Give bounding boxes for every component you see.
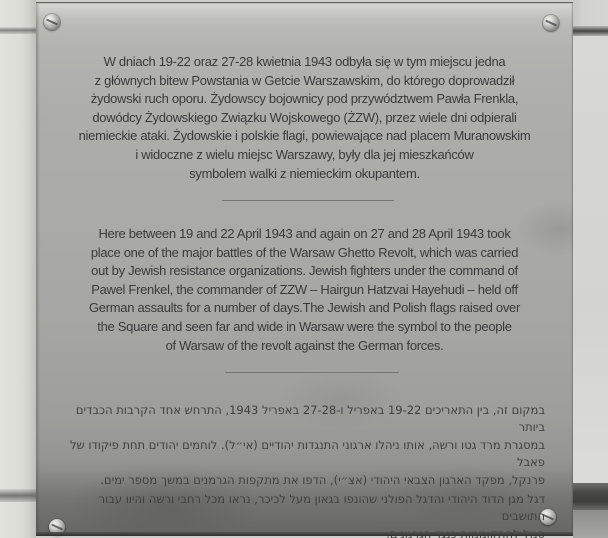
- english-line-5: German assaults for a number of days.The…: [66, 299, 543, 318]
- polish-line-5: niemieckie ataki. Żydowskie i polskie fl…: [66, 127, 543, 146]
- wall-mortar-groove-bottom-left: [0, 489, 36, 502]
- polish-line-6: i widoczne z wielu miejsc Warszawy, były…: [66, 146, 543, 165]
- screw-top-left: [44, 14, 60, 30]
- wall-stone-face-right: [573, 36, 608, 483]
- polish-line-3: żydowski ruch oporu. Żydowscy bojownicy …: [66, 90, 543, 109]
- polish-line-1: W dniach 19-22 oraz 27-28 kwietnia 1943 …: [66, 53, 543, 72]
- english-line-7: of Warsaw of the revolt against the Germ…: [66, 337, 543, 356]
- english-line-2: place one of the major battles of the Wa…: [66, 244, 543, 263]
- hebrew-line-5: סמל להתקוממות כנגד הגרמנים.: [70, 526, 545, 538]
- hebrew-paragraph-2: דגל מגן הדוד היהודי והדגל הפולני שהונפו …: [70, 491, 545, 538]
- hebrew-paragraph-1: במקום זה, בין התאריכים 19-22 באפריל ו-27…: [70, 402, 545, 489]
- section-divider-upper: [222, 200, 394, 201]
- wall-right: [573, 0, 608, 538]
- hebrew-line-1: במקום זה, בין התאריכים 19-22 באפריל ו-27…: [70, 402, 545, 437]
- photo-of-memorial-plaque: W dniach 19-22 oraz 27-28 kwietnia 1943 …: [0, 0, 608, 538]
- hebrew-line-2: במסגרת מרד גטו ורשה, אותו ניהלו ארגוני ה…: [70, 437, 545, 472]
- english-line-6: the Square and seen far and wide in Wars…: [66, 318, 543, 337]
- polish-line-7: symbolem walki z niemieckim okupantem.: [66, 165, 543, 184]
- memorial-plaque: W dniach 19-22 oraz 27-28 kwietnia 1943 …: [36, 2, 573, 536]
- wall-stone-below-band-right: [573, 510, 608, 538]
- hebrew-inscription: במקום זה, בין התאריכים 19-22 באפריל ו-27…: [36, 402, 573, 538]
- hebrew-line-4: דגל מגן הדוד היהודי והדגל הפולני שהונפו …: [70, 491, 545, 526]
- english-line-3: out by Jewish resistance organizations. …: [66, 262, 543, 281]
- english-inscription: Here between 19 and 22 April 1943 and ag…: [36, 225, 573, 355]
- wall-mortar-groove-top-right: [573, 26, 608, 36]
- wall-mortar-groove-top-left: [0, 27, 36, 34]
- screw-top-right: [543, 15, 559, 31]
- polish-inscription: W dniach 19-22 oraz 27-28 kwietnia 1943 …: [36, 53, 573, 183]
- wall-left: [0, 0, 36, 538]
- english-line-4: Pawel Frenkel, the commander of ZZW – Ha…: [66, 281, 543, 300]
- hebrew-line-3: פרנקל, מפקד הארגון הצבאי היהודי (אצ״י), …: [70, 472, 545, 489]
- polish-line-4: dowódcy Żydowskiego Związku Wojskowego (…: [66, 109, 543, 128]
- polish-line-2: z głównych bitew Powstania w Getcie Wars…: [66, 72, 543, 91]
- wall-shadow-band-bottom-right: [573, 483, 608, 510]
- section-divider-lower: [225, 372, 399, 373]
- english-line-1: Here between 19 and 22 April 1943 and ag…: [66, 225, 543, 244]
